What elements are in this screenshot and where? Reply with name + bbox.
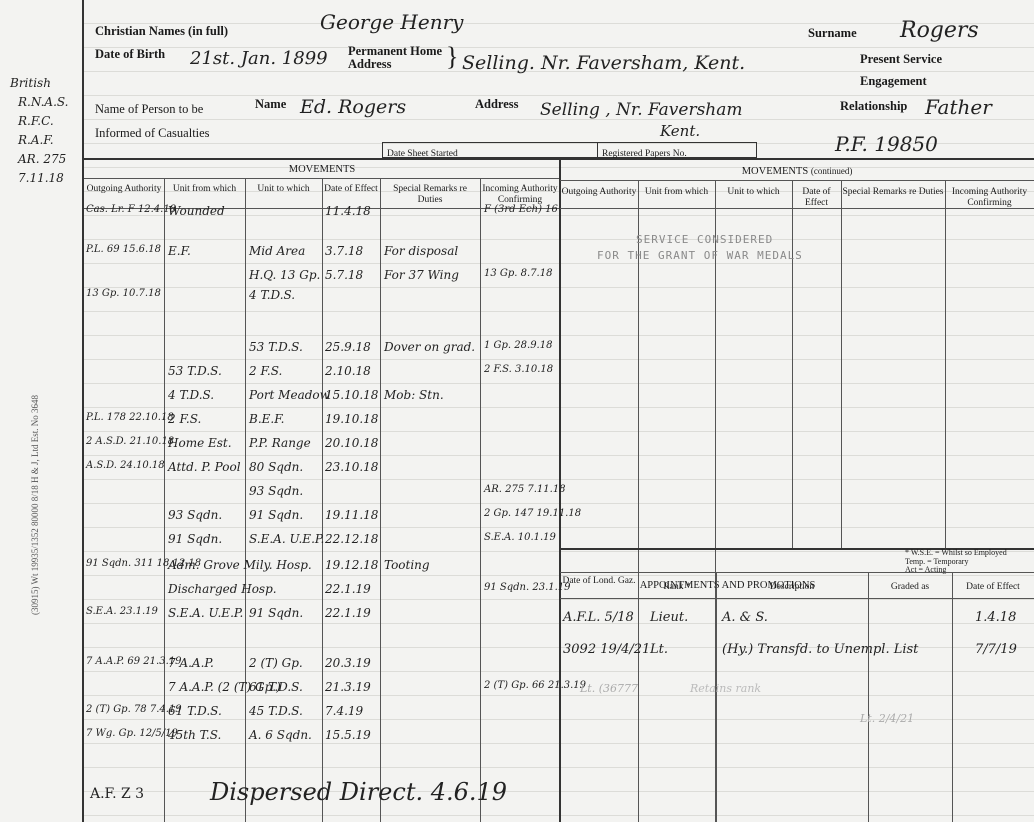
movement-date: 22.12.18 xyxy=(325,532,378,546)
rule xyxy=(560,598,1034,599)
movement-outgoing: P.L. 69 15.6.18 xyxy=(86,244,161,255)
rule xyxy=(560,180,1034,181)
movement-from: Adm. Grove Mily. Hosp. xyxy=(168,558,312,572)
appointment-effect: 1.4.18 xyxy=(975,610,1016,625)
movement-incoming: 2 Gp. 147 19.11.18 xyxy=(484,508,579,519)
faint-note: Lt. 2/4/21 xyxy=(860,712,914,725)
movement-from: 61 T.D.S. xyxy=(168,704,222,718)
appointment-description: A. & S. xyxy=(722,610,768,625)
relationship-label: Relationship xyxy=(840,99,907,114)
movement-from: 93 Sqdn. xyxy=(168,508,222,522)
col-rule xyxy=(868,572,869,822)
movement-to: H.Q. 13 Gp. xyxy=(249,268,320,282)
relationship-value: Father xyxy=(925,95,992,119)
movement-from: Wounded xyxy=(168,204,225,218)
movement-date: 20.3.19 xyxy=(325,656,371,670)
surname-value: Rogers xyxy=(900,18,979,43)
movement-outgoing: Cas. Lr. F 12.4.18 xyxy=(86,204,176,215)
movement-from: Attd. P. Pool xyxy=(168,460,241,474)
movement-outgoing: A.S.D. 24.10.18 xyxy=(86,460,165,471)
movement-outgoing: 13 Gp. 10.7.18 xyxy=(86,288,161,299)
home-address-label: Permanent Home Address xyxy=(348,45,442,71)
date-sheet-started-box: Date Sheet Started xyxy=(382,142,598,158)
movement-date: 21.3.19 xyxy=(325,680,371,694)
brace: } xyxy=(446,45,458,69)
address-label: Address xyxy=(475,97,519,112)
movement-from: 45th T.S. xyxy=(168,728,221,742)
appointment-gazette: A.F.L. 5/18 xyxy=(563,610,634,625)
col-rule xyxy=(945,180,946,548)
appt-col-gazette: Date of Lond. Gaz. xyxy=(560,576,638,587)
name-label: Name xyxy=(255,97,286,112)
col-rule xyxy=(792,180,793,548)
movement-to: Mid Area xyxy=(249,244,305,258)
movement-date: 22.1.19 xyxy=(325,582,371,596)
col-rule xyxy=(245,178,246,822)
movement-date: 11.4.18 xyxy=(325,204,371,218)
movement-outgoing: 2 A.S.D. 21.10.18 xyxy=(86,436,174,447)
movement-to: 80 Sqdn. xyxy=(249,460,303,474)
margin-note: AR. 275 xyxy=(18,152,66,166)
dob-value: 21st. Jan. 1899 xyxy=(190,48,328,69)
movement-date: 19.11.18 xyxy=(325,508,378,522)
movement-from: 53 T.D.S. xyxy=(168,364,222,378)
movement-to: P.P. Range xyxy=(249,436,311,450)
service-engagement-label: Present Service Engagement xyxy=(860,48,942,92)
cont-col-date: Date of Effect xyxy=(792,187,841,209)
cont-col-unit-from: Unit from which xyxy=(638,187,715,198)
movement-to: 2 (T) Gp. xyxy=(249,656,303,670)
col-rule xyxy=(841,180,842,548)
movement-incoming: AR. 275 7.11.18 xyxy=(484,484,566,495)
appt-col-graded: Graded as xyxy=(868,582,952,593)
movement-incoming: S.E.A. 10.1.19 xyxy=(484,532,556,543)
movement-to: B.E.F. xyxy=(249,412,284,426)
col-unit-to: Unit to which xyxy=(245,184,322,195)
movement-from: S.E.A. U.E.P. xyxy=(168,606,243,620)
movement-date: 19.10.18 xyxy=(325,412,378,426)
appointment-rank: Lt. xyxy=(650,642,668,657)
movement-date: 5.7.18 xyxy=(325,268,363,282)
movement-from: Home Est. xyxy=(168,436,232,450)
appointment-rank: Lieut. xyxy=(650,610,688,625)
col-outgoing: Outgoing Authority xyxy=(84,184,164,195)
movement-from: 7 A.A.P. xyxy=(168,656,214,670)
movement-to: 91 Sqdn. xyxy=(249,508,303,522)
margin-rule xyxy=(82,0,84,822)
appt-col-effect: Date of Effect xyxy=(952,582,1034,593)
movement-to: A. 6 Sqdn. xyxy=(249,728,312,742)
appt-col-rank: Rank * xyxy=(638,582,716,593)
appointment-gazette: 3092 19/4/21 xyxy=(563,642,650,657)
col-rule xyxy=(164,178,165,822)
movement-outgoing: S.E.A. 23.1.19 xyxy=(86,606,158,617)
final-outgoing: A.F. Z 3 xyxy=(90,786,144,802)
cont-col-remarks: Special Remarks re Duties xyxy=(841,187,945,198)
war-medal-stamp-line1: SERVICE CONSIDERED xyxy=(636,233,773,246)
movement-to: 45 T.D.S. xyxy=(249,704,303,718)
movement-outgoing: 7 Wg. Gp. 12/5/19 xyxy=(86,728,178,739)
movement-remarks: For 37 Wing xyxy=(384,268,459,282)
printer-imprint: (30915) Wt 19935/1352 80000 8/18 H & J, … xyxy=(30,375,40,635)
registered-papers-box: Registered Papers No. xyxy=(597,142,757,158)
movement-to: Port Meadow xyxy=(249,388,330,402)
movement-incoming: 2 (T) Gp. 66 21.3.19 xyxy=(484,680,579,691)
col-remarks: Special Remarks re Duties xyxy=(380,184,480,206)
movement-date: 15.5.19 xyxy=(325,728,371,742)
christian-names-label: Christian Names (in full) xyxy=(95,24,228,39)
movement-date: 7.4.19 xyxy=(325,704,363,718)
movement-remarks: Tooting xyxy=(384,558,430,572)
margin-note: R.F.C. xyxy=(18,114,54,128)
col-unit-from: Unit from which xyxy=(164,184,245,195)
appointment-effect: 7/7/19 xyxy=(975,642,1017,657)
movement-date: 22.1.19 xyxy=(325,606,371,620)
col-incoming: Incoming Authority Confirming xyxy=(480,184,560,206)
movement-from: Discharged Hosp. xyxy=(168,582,277,596)
next-of-kin-label: Name of Person to be Informed of Casualt… xyxy=(95,97,210,145)
final-entry: Dispersed Direct. 4.6.19 xyxy=(210,778,507,806)
appointments-legend: * W.S.E. = Whilst so Employed Temp. = Te… xyxy=(905,549,1007,575)
movement-date: 20.10.18 xyxy=(325,436,378,450)
movement-incoming: 91 Sqdn. 23.1.19 xyxy=(484,582,571,593)
margin-note: British xyxy=(10,76,51,90)
dob-label: Date of Birth xyxy=(95,47,165,62)
kin-name-value: Ed. Rogers xyxy=(300,96,406,118)
movement-to: 2 F.S. xyxy=(249,364,282,378)
col-rule xyxy=(322,178,323,822)
movement-to: 4 T.D.S. xyxy=(249,288,295,302)
movement-outgoing: P.L. 178 22.10.18 xyxy=(86,412,174,423)
movement-incoming: 2 F.S. 3.10.18 xyxy=(484,364,553,375)
cont-col-outgoing: Outgoing Authority xyxy=(560,187,638,198)
col-rule xyxy=(716,572,717,822)
col-rule xyxy=(380,178,381,822)
movement-to: S.E.A. U.E.P. xyxy=(249,532,324,546)
movement-from: 4 T.D.S. xyxy=(168,388,214,402)
margin-note: R.N.A.S. xyxy=(18,95,68,109)
appt-col-description: Description xyxy=(716,582,868,593)
col-rule xyxy=(638,180,639,822)
movement-date: 19.12.18 xyxy=(325,558,378,572)
movement-to: 91 Sqdn. xyxy=(249,606,303,620)
kin-address-line1: Selling , Nr. Faversham xyxy=(540,100,743,120)
movement-incoming: F (3rd Ech) 16 xyxy=(484,204,558,215)
movement-remarks: For disposal xyxy=(384,244,458,258)
movement-remarks: Dover on grad. xyxy=(384,340,475,354)
faint-note: Lt. (36777 xyxy=(580,682,638,695)
christian-names-value: George Henry xyxy=(320,10,463,34)
appointment-description: (Hy.) Transfd. to Unempl. List xyxy=(722,642,918,657)
home-address-value: Selling. Nr. Faversham, Kent. xyxy=(462,52,745,74)
war-medal-stamp-line2: FOR THE GRANT OF WAR MEDALS xyxy=(597,249,803,262)
margin-note: R.A.F. xyxy=(18,133,54,147)
movement-date: 15.10.18 xyxy=(325,388,378,402)
movement-from: E.F. xyxy=(168,244,191,258)
movement-date: 25.9.18 xyxy=(325,340,371,354)
col-rule xyxy=(952,572,953,822)
movement-date: 3.7.18 xyxy=(325,244,363,258)
movement-to: 93 Sqdn. xyxy=(249,484,303,498)
col-date: Date of Effect xyxy=(322,184,380,195)
movements-continued-title: MOVEMENTS (continued) xyxy=(560,166,1034,177)
surname-label: Surname xyxy=(808,26,857,41)
movement-remarks: Mob: Stn. xyxy=(384,388,444,402)
movement-to: 61 T.D.S. xyxy=(249,680,303,694)
margin-note: 7.11.18 xyxy=(18,171,64,185)
kin-address-line2: Kent. xyxy=(660,122,700,140)
movement-to: 53 T.D.S. xyxy=(249,340,303,354)
movements-title: MOVEMENTS xyxy=(84,164,560,175)
movement-date: 2.10.18 xyxy=(325,364,371,378)
movement-incoming: 13 Gp. 8.7.18 xyxy=(484,268,552,279)
registered-papers-number: P.F. 19850 xyxy=(835,132,938,156)
cont-col-unit-to: Unit to which xyxy=(715,187,792,198)
movement-from: 91 Sqdn. xyxy=(168,532,222,546)
faint-note: Retains rank xyxy=(690,682,761,695)
movement-from: 2 F.S. xyxy=(168,412,201,426)
movement-incoming: 1 Gp. 28.9.18 xyxy=(484,340,552,351)
col-rule xyxy=(480,178,481,822)
rule xyxy=(560,572,1034,573)
movement-date: 23.10.18 xyxy=(325,460,378,474)
cont-col-incoming: Incoming Authority Confirming xyxy=(945,187,1034,209)
